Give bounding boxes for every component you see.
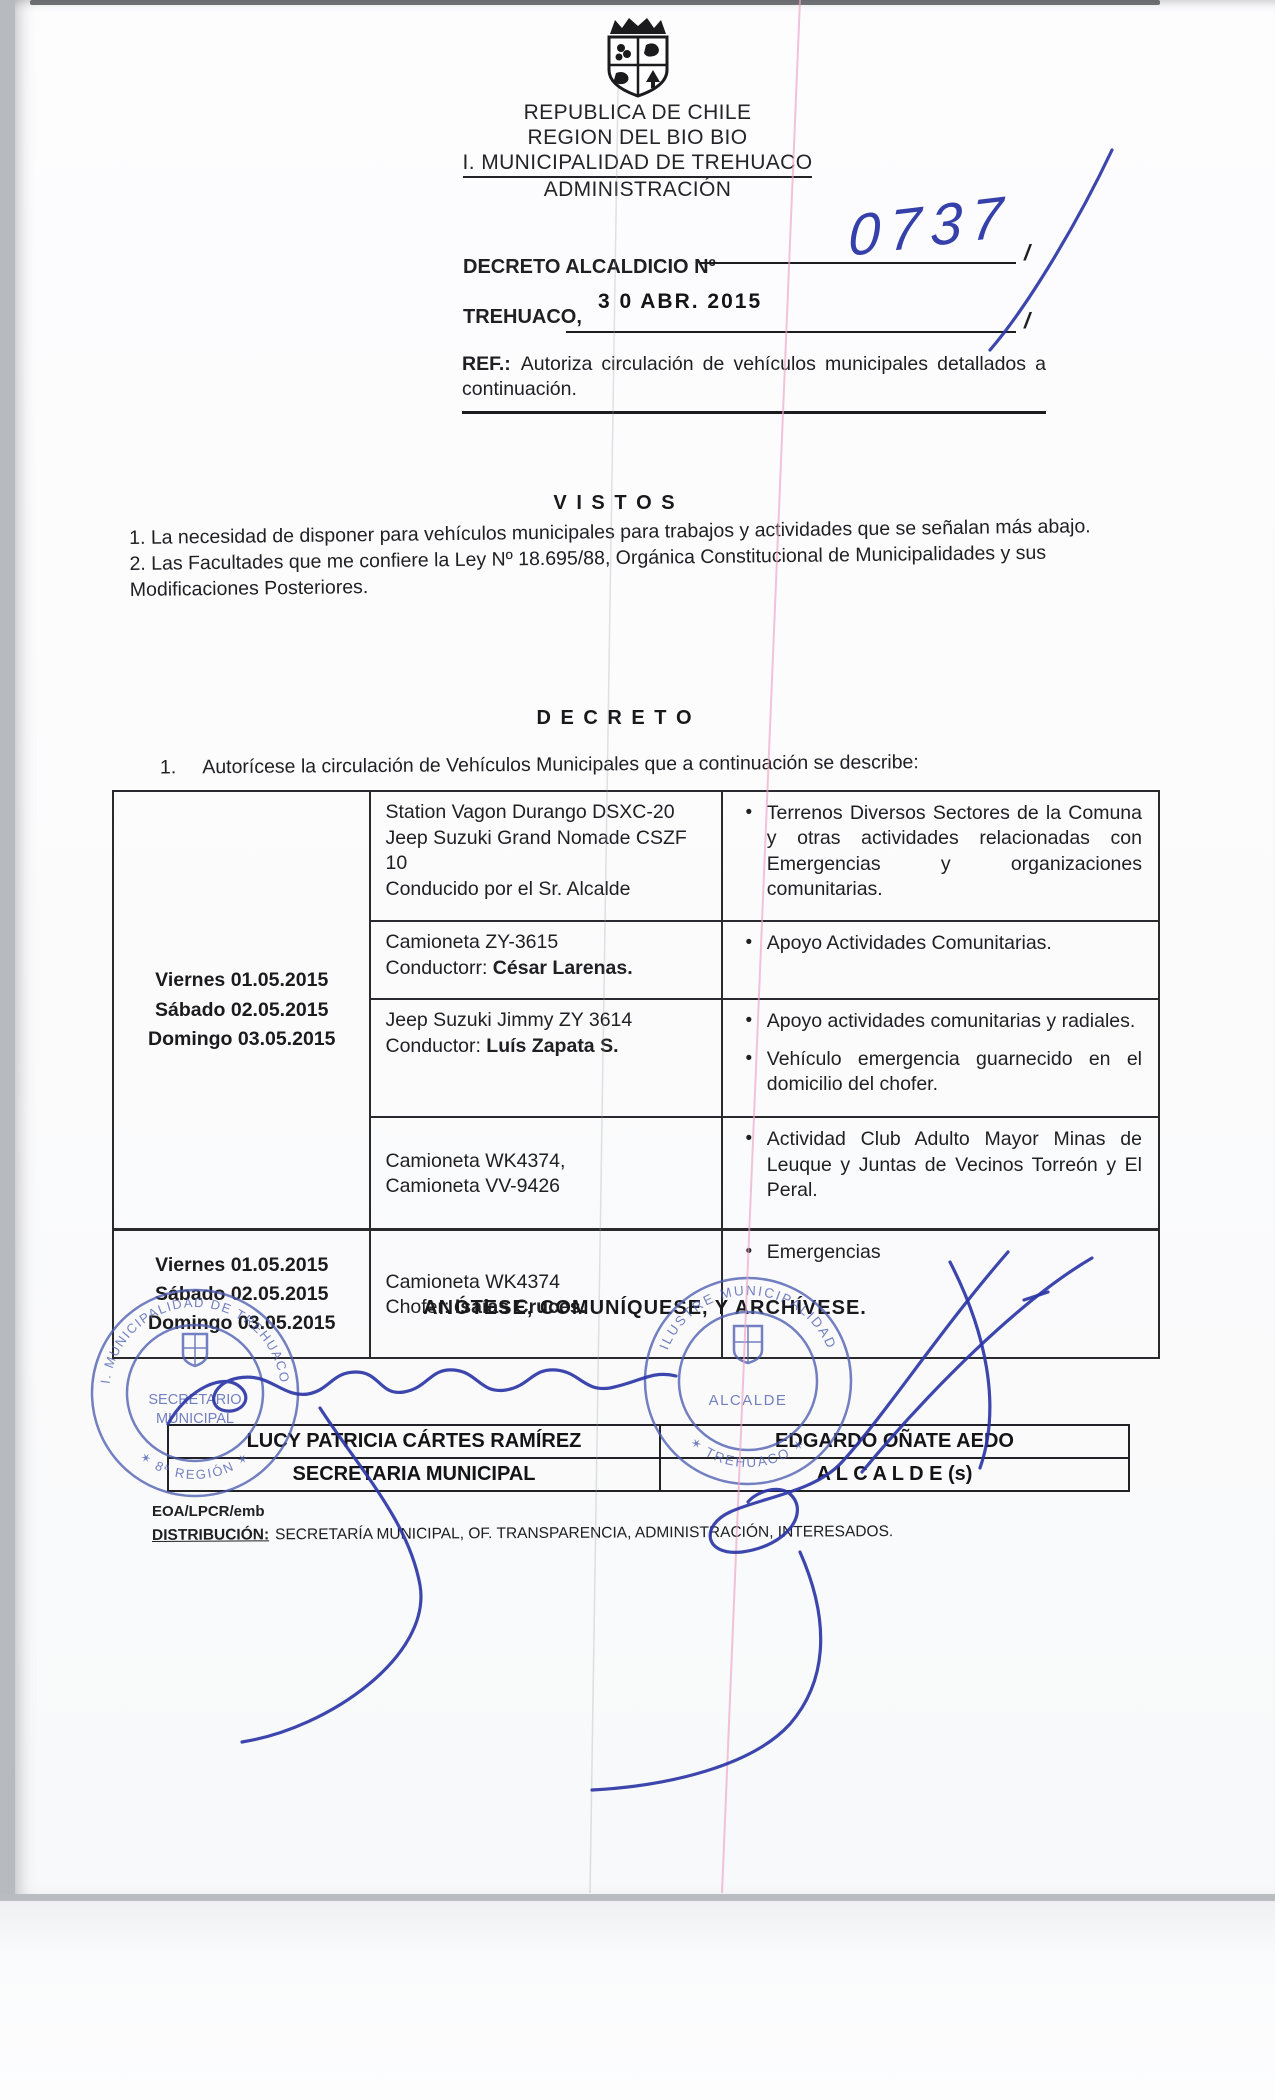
crown-icon bbox=[610, 18, 666, 34]
purpose-bullet: Apoyo actividades comunitarias y radiale… bbox=[731, 1009, 1142, 1034]
purpose-text: Actividad Club Adulto Mayor Minas de Leu… bbox=[767, 1127, 1142, 1203]
secretary-stamp-line1: SECRETARIO bbox=[148, 1392, 241, 1408]
ref-text: Autoriza circulación de vehículos munici… bbox=[462, 353, 1046, 400]
scanner-area-bottom bbox=[0, 1894, 1275, 2100]
mayor-stamp-ring-bottom: ✶ TREHUACO ✶ bbox=[687, 1434, 809, 1470]
decree-slash-1: / bbox=[1024, 240, 1030, 266]
decree-number-label: DECRETO ALCALDICIO Nº bbox=[463, 256, 716, 279]
mayor-stamp-center: ALCALDE bbox=[709, 1392, 788, 1409]
vehicle-cell: Station Vagon Durango DSXC-20 Jeep Suzuk… bbox=[370, 791, 721, 921]
mayor-stamp: ILUSTRE MUNICIPALIDAD ✶ TREHUACO ✶ ALCAL… bbox=[641, 1274, 855, 1488]
date-line: Sábado 02.05.2015 bbox=[115, 996, 368, 1025]
decree-place-label: TREHUACO, bbox=[463, 306, 582, 329]
header-municipality: I. MUNICIPALIDAD DE TREHUACO bbox=[0, 151, 1275, 178]
driver-name: Luís Zapata S. bbox=[486, 1035, 618, 1057]
header-municipality-text: I. MUNICIPALIDAD DE TREHUACO bbox=[463, 151, 813, 178]
header-department: ADMINISTRACIÓN bbox=[0, 178, 1275, 202]
municipal-coat-of-arms bbox=[583, 12, 693, 104]
purpose-cell: Terrenos Diversos Sectores de la Comuna … bbox=[722, 791, 1159, 921]
driver-label: Conductor: bbox=[385, 1035, 480, 1057]
purpose-bullet: Apoyo Actividades Comunitarias. bbox=[731, 931, 1142, 956]
driver-name: César Larenas. bbox=[493, 957, 633, 979]
vehicle-authorization-table: Viernes 01.05.2015 Sábado 02.05.2015 Dom… bbox=[112, 790, 1160, 1359]
distribution-text: SECRETARÍA MUNICIPAL, OF. TRANSPARENCIA,… bbox=[275, 1523, 893, 1543]
table-row: Viernes 01.05.2015 Sábado 02.05.2015 Dom… bbox=[113, 791, 1159, 921]
decree-slash-2: / bbox=[1024, 308, 1030, 334]
driver-line: Conductorr: César Larenas. bbox=[385, 956, 710, 982]
scanner-edge-left bbox=[0, 0, 15, 1894]
purpose-cell: Apoyo actividades comunitarias y radiale… bbox=[722, 999, 1159, 1117]
vehicle-line: Camioneta ZY-3615 bbox=[385, 930, 710, 956]
purpose-text: Terrenos Diversos Sectores de la Comuna … bbox=[767, 801, 1142, 902]
vehicle-cell: Camioneta WK4374, Camioneta VV-9426 bbox=[370, 1117, 721, 1230]
ref-block: REF.:Autoriza circulación de vehículos m… bbox=[462, 352, 1046, 414]
decreto-intro-text: Autorícese la circulación de Vehículos M… bbox=[202, 751, 919, 778]
distribution-label: DISTRIBUCIÓN: bbox=[152, 1526, 269, 1544]
purpose-cell: Apoyo Actividades Comunitarias. bbox=[722, 921, 1159, 999]
vehicle-line: Jeep Suzuki Jimmy ZY 3614 bbox=[385, 1008, 710, 1034]
scan-top-edge bbox=[30, 0, 1160, 5]
driver-line: Conductor: Luís Zapata S. bbox=[385, 1034, 710, 1060]
footer-initials: EOA/LPCR/emb bbox=[152, 1503, 265, 1520]
svg-text:✶ TREHUACO ✶: ✶ TREHUACO ✶ bbox=[687, 1434, 809, 1470]
vehicle-cell: Jeep Suzuki Jimmy ZY 3614 Conductor: Luí… bbox=[370, 999, 721, 1117]
header-region: REGION DEL BIO BIO bbox=[0, 126, 1275, 150]
purpose-text: Apoyo actividades comunitarias y radiale… bbox=[767, 1009, 1142, 1034]
vehicle-line: Station Vagon Durango DSXC-20 bbox=[385, 800, 710, 826]
date-line: Domingo 03.05.2015 bbox=[115, 1025, 368, 1054]
secretary-stamp-line2: MUNICIPAL bbox=[156, 1411, 234, 1427]
date-line: Viernes 01.05.2015 bbox=[115, 1251, 368, 1280]
purpose-text: Emergencias bbox=[767, 1240, 1142, 1265]
vehicle-line: Conducido por el Sr. Alcalde bbox=[385, 877, 710, 903]
decree-number-line bbox=[700, 240, 1016, 264]
purpose-text: Vehículo emergencia guarnecido en el dom… bbox=[767, 1047, 1142, 1098]
decree-date-line bbox=[566, 310, 1016, 333]
svg-text:✶ 8ª REGIÓN ✶: ✶ 8ª REGIÓN ✶ bbox=[137, 1449, 253, 1482]
scanned-decree-document: REPUBLICA DE CHILE REGION DEL BIO BIO I.… bbox=[0, 0, 1275, 2100]
vehicle-cell: Camioneta ZY-3615 Conductorr: César Lare… bbox=[370, 921, 721, 999]
secretary-stamp: I. MUNICIPALIDAD DE TREHUACO ✶ 8ª REGIÓN… bbox=[88, 1286, 302, 1500]
purpose-bullet: Actividad Club Adulto Mayor Minas de Leu… bbox=[731, 1127, 1142, 1203]
decreto-item-number: 1. bbox=[160, 756, 176, 778]
ref-label: REF.: bbox=[462, 353, 511, 375]
header-country: REPUBLICA DE CHILE bbox=[0, 101, 1275, 125]
vehicle-line: Camioneta WK4374, bbox=[385, 1149, 710, 1175]
dates-cell-group1: Viernes 01.05.2015 Sábado 02.05.2015 Dom… bbox=[113, 791, 370, 1230]
purpose-bullet: Terrenos Diversos Sectores de la Comuna … bbox=[731, 801, 1142, 902]
vistos-paragraphs: 1. La necesidad de disponer para vehícul… bbox=[129, 513, 1152, 604]
purpose-text: Apoyo Actividades Comunitarias. bbox=[767, 931, 1142, 956]
vistos-title: V I S T O S bbox=[0, 492, 1230, 515]
purpose-bullet: Vehículo emergencia guarnecido en el dom… bbox=[731, 1047, 1142, 1098]
vehicle-line: Camioneta VV-9426 bbox=[385, 1174, 710, 1200]
secretary-stamp-ring-bottom: ✶ 8ª REGIÓN ✶ bbox=[137, 1449, 253, 1482]
driver-label: Conductorr: bbox=[385, 957, 487, 979]
vehicle-line: Jeep Suzuki Grand Nomade CSZF 10 bbox=[385, 826, 710, 877]
date-line: Viernes 01.05.2015 bbox=[115, 966, 368, 995]
decreto-title: D E C R E T O bbox=[0, 707, 1230, 730]
purpose-cell: Actividad Club Adulto Mayor Minas de Leu… bbox=[722, 1117, 1159, 1230]
purpose-bullet: Emergencias bbox=[731, 1240, 1142, 1265]
